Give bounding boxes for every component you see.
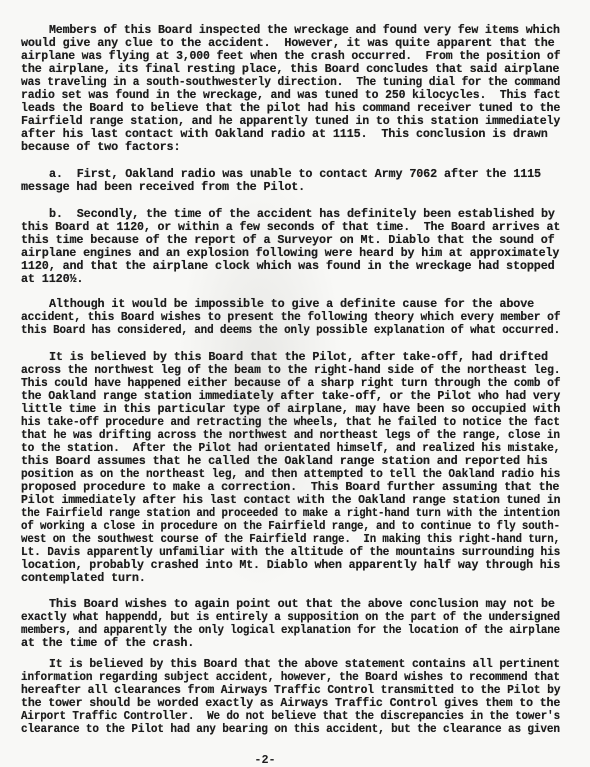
text-line: message had been received from the Pilot… [21, 181, 305, 194]
text-line: clearance to the Pilot had any bearing o… [21, 723, 560, 736]
text-line: contemplated turn. [21, 572, 146, 585]
document-page: Members of this Board inspected the wrec… [0, 0, 590, 767]
text-line: this Board has considered, and deems the… [21, 324, 560, 337]
page-number: -2- [0, 753, 560, 767]
text-line: because of two factors: [21, 141, 180, 154]
text-line: at the time of the crash. [21, 637, 194, 650]
text-line: 1120, and that the airplane clock which … [21, 260, 555, 273]
text-line: at 1120½. [21, 273, 83, 286]
